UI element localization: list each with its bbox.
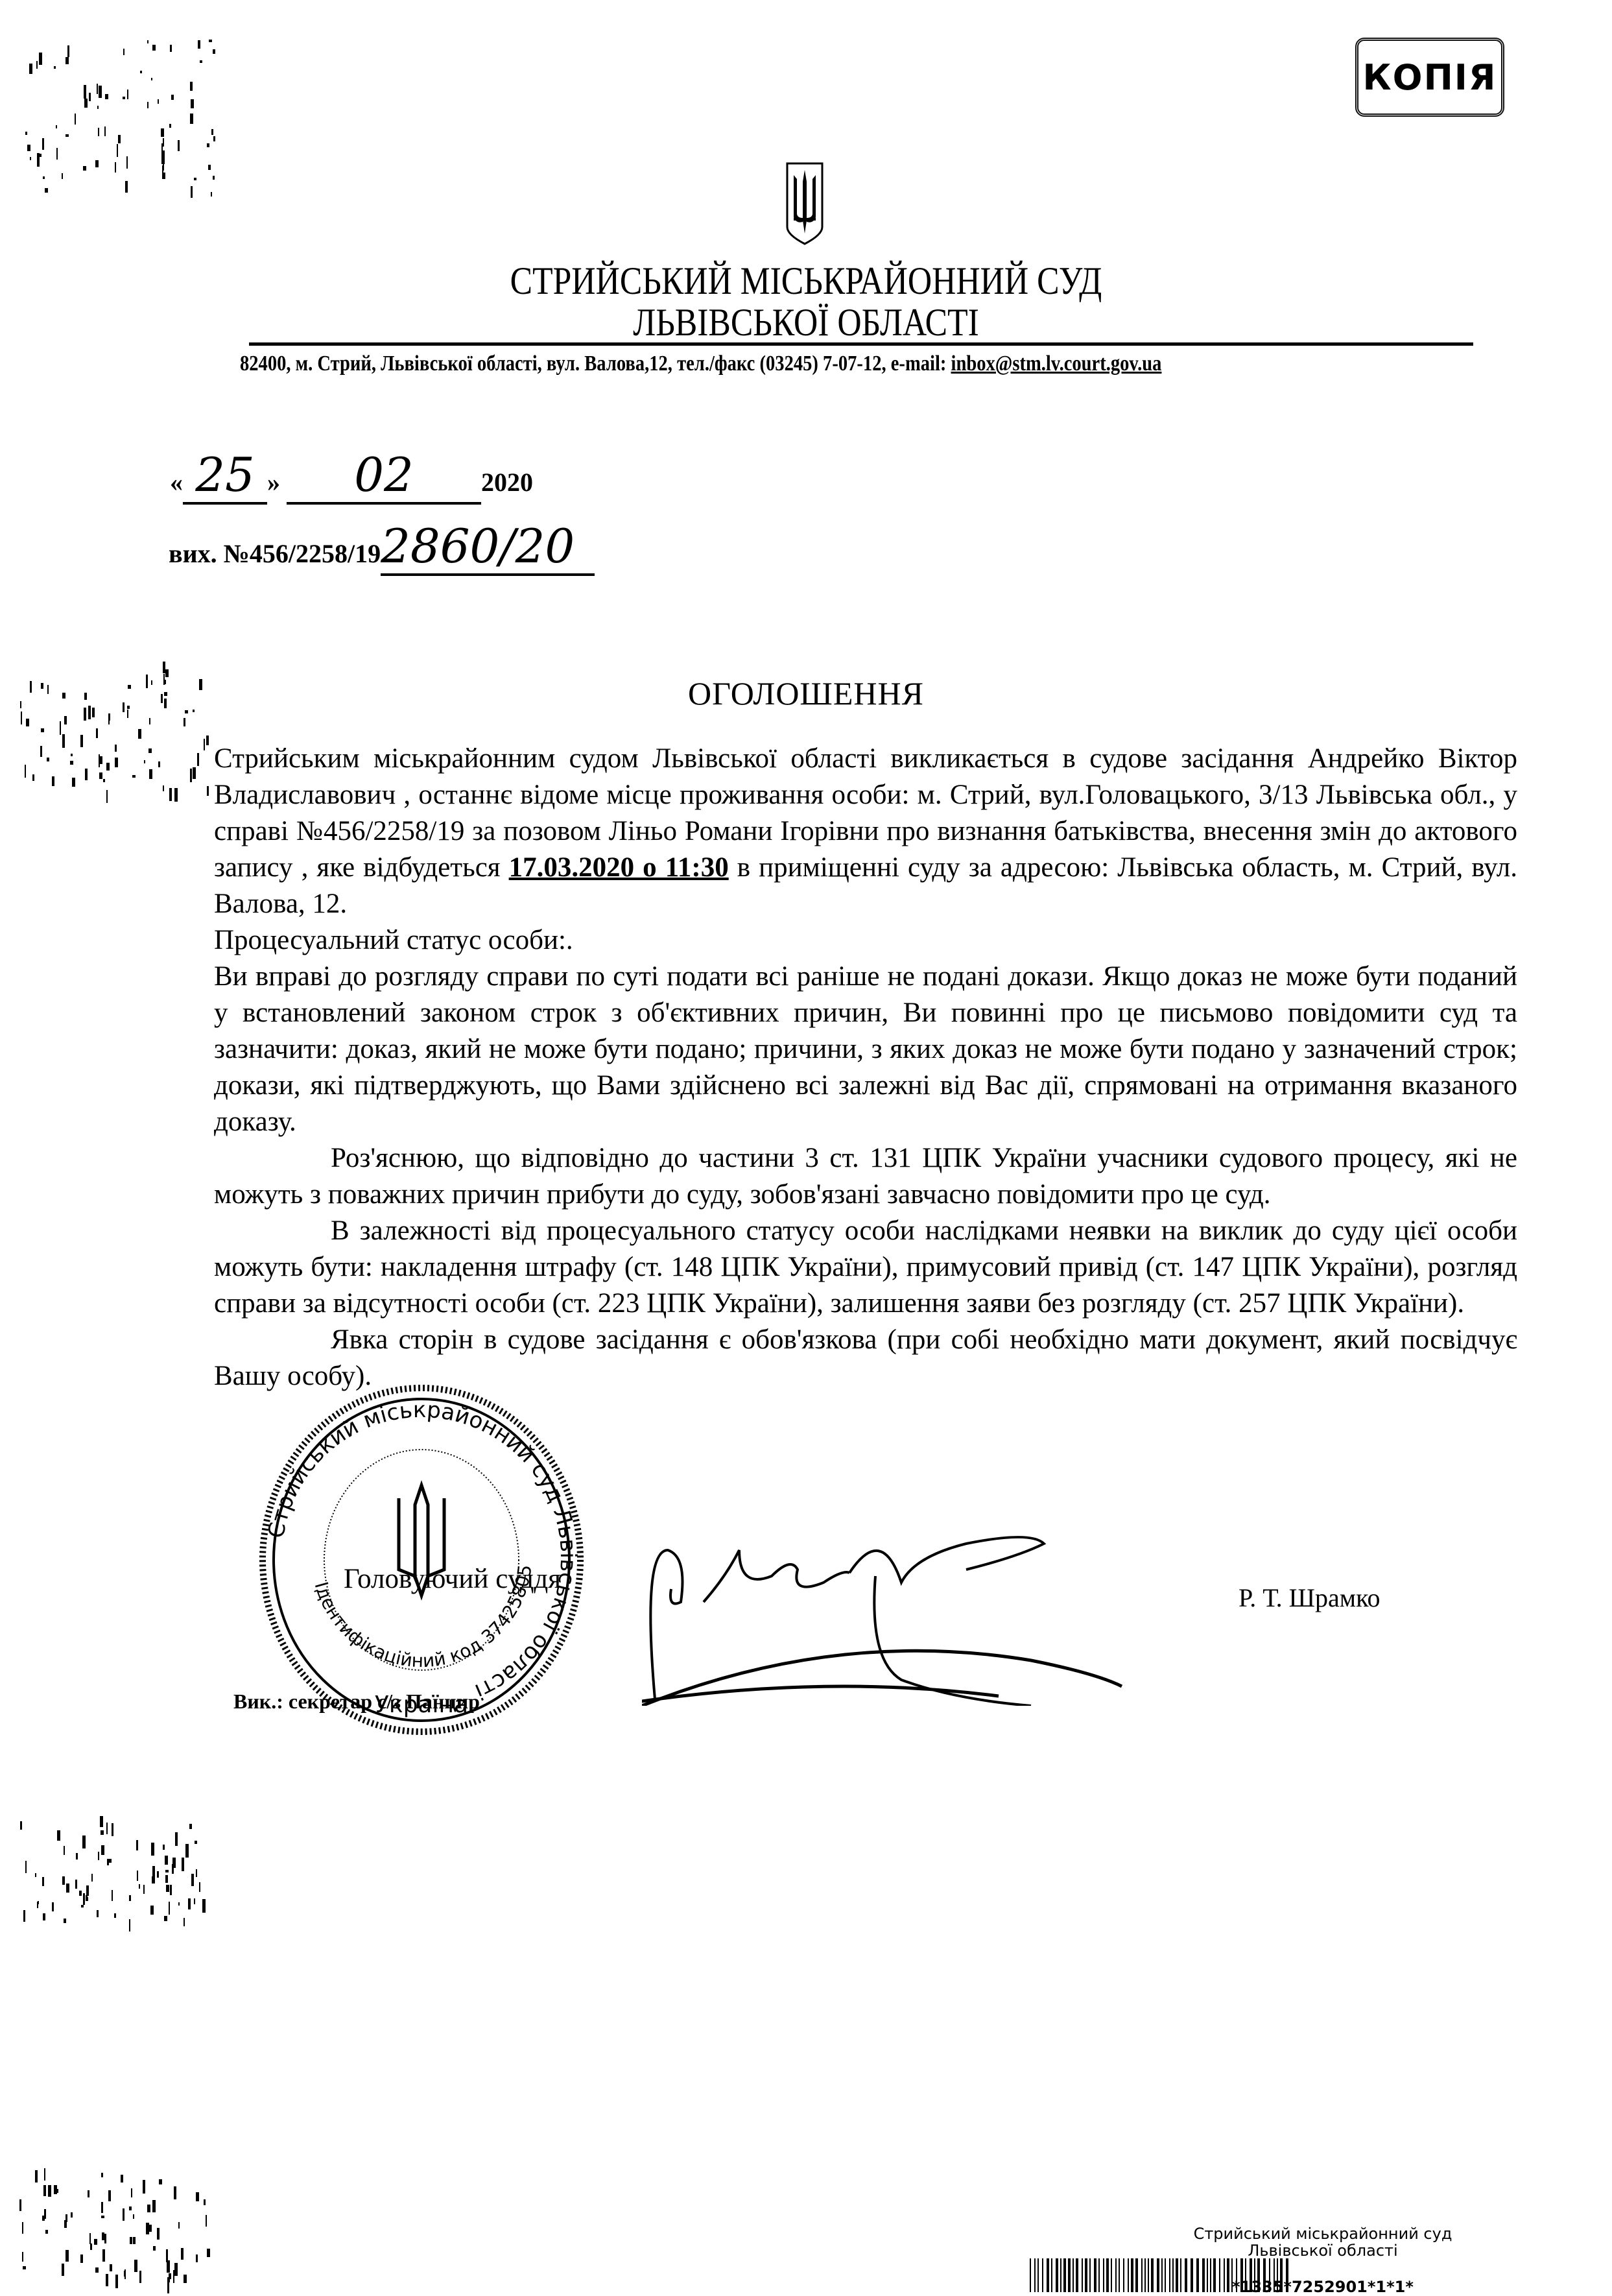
header-divider bbox=[249, 342, 1473, 346]
close-quote: » bbox=[267, 468, 280, 497]
scan-noise bbox=[19, 662, 253, 791]
barcode-number: *1335*7252901*1*1* bbox=[1063, 2278, 1582, 2296]
open-quote: « bbox=[170, 468, 183, 497]
outgoing-handwritten-number: 2860/20 bbox=[381, 519, 595, 576]
address-text: 82400, м. Стрий, Львівської області, вул… bbox=[240, 352, 951, 376]
announcement-body: Стрийським міськрайонним судом Львівсько… bbox=[214, 741, 1517, 1394]
summons-intro: Стрийським міськрайонним судом Львівсько… bbox=[214, 743, 1294, 774]
court-seal-icon: Стрийський міськрайонний суд Львівської … bbox=[240, 1375, 603, 1738]
handwritten-signature bbox=[642, 1511, 1303, 1706]
date-month: 02 bbox=[287, 448, 481, 505]
copy-stamp-label: КОПІЯ bbox=[1363, 57, 1497, 98]
barcode-caption-line2: Львівської області bbox=[1063, 2243, 1582, 2258]
copy-stamp: КОПІЯ bbox=[1355, 38, 1504, 117]
scan-noise bbox=[19, 2166, 253, 2283]
barcode-caption-line1: Стрийський міськрайонний суд bbox=[1063, 2226, 1582, 2242]
presiding-judge-label: Головуючий суддя bbox=[344, 1563, 561, 1595]
outgoing-date: «25» 022020 bbox=[170, 448, 533, 505]
scan-noise bbox=[19, 39, 253, 195]
outgoing-number: вих. №456/2258/192860/20 bbox=[169, 519, 595, 576]
date-year: 2020 bbox=[481, 468, 533, 497]
scan-noise bbox=[19, 1816, 253, 1920]
judge-name: Р. Т. Шрамко bbox=[1239, 1583, 1381, 1613]
court-name-line2: ЛЬВІВСЬКОЇ ОБЛАСТІ bbox=[113, 301, 1499, 344]
paragraph-consequences: В залежності від процесуального статусу … bbox=[214, 1213, 1517, 1322]
date-day: 25 bbox=[183, 448, 267, 505]
trident-coat-of-arms-icon bbox=[786, 162, 824, 245]
court-name-line1: СТРИЙСЬКИЙ МІСЬКРАЙОННИЙ СУД bbox=[113, 259, 1499, 302]
outgoing-prefix: вих. №456/2258/19 bbox=[169, 539, 381, 568]
court-address: 82400, м. Стрий, Львівської області, вул… bbox=[240, 352, 1161, 376]
paragraph-explanation: Роз'яснюю, що відповідно до частини 3 ст… bbox=[214, 1140, 1517, 1213]
hearing-datetime: 17.03.2020 о 11:30 bbox=[509, 852, 729, 883]
executor-note: Вик.: секретар с/з Панцир bbox=[233, 1690, 480, 1714]
paragraph-evidence: Ви вправі до розгляду справи по суті под… bbox=[214, 959, 1517, 1140]
procedural-status: Процесуальний статус особи:. bbox=[214, 922, 1517, 959]
paragraph-summons: Стрийським міськрайонним судом Львівсько… bbox=[214, 741, 1517, 922]
email-link[interactable]: inbox@stm.lv.court.gov.ua bbox=[951, 352, 1162, 376]
